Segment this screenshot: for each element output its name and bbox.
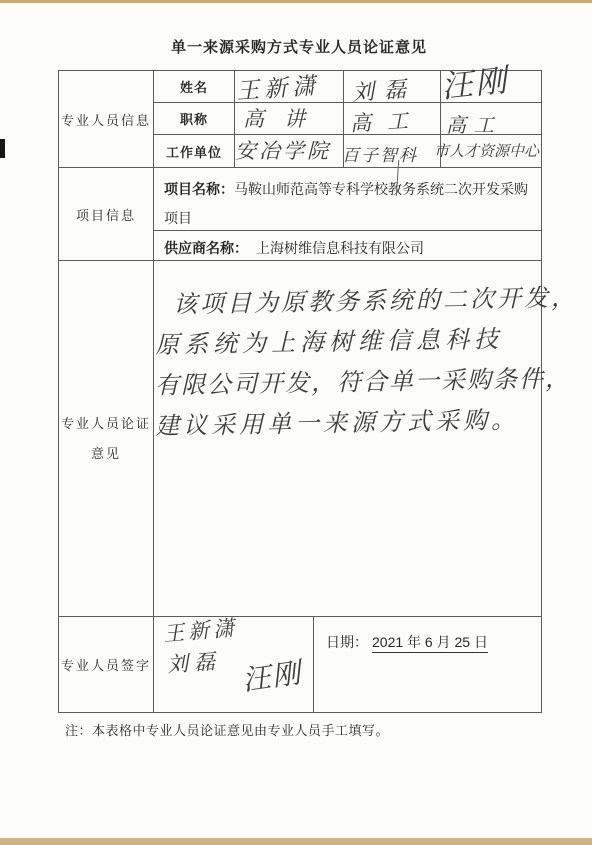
scan-edge-top <box>0 0 592 3</box>
date-line: 日期：2021 年 6 月 25 日 <box>326 632 541 652</box>
supplier-label: 供应商名称： <box>164 240 248 256</box>
handwritten-name-3: 汪刚 <box>439 55 511 107</box>
opinion-label-line1: 专业人员论证 <box>61 409 151 439</box>
footnote: 注：本表格中专业人员论证意见由专业人员手工填写。 <box>65 720 389 739</box>
jobtitle-label: 职称 <box>180 109 208 128</box>
project-name-label: 项目名称： <box>164 181 234 197</box>
supplier-line: 供应商名称：上海树维信息科技有限公司 <box>154 231 541 258</box>
scan-artifact-notch <box>0 139 5 158</box>
project-name-line: 项目名称：马鞍山师范高等专科学校教务系统二次开发采购项目 <box>154 168 541 233</box>
project-info-label: 项目信息 <box>76 205 136 224</box>
cell-workunit-label: 工作单位 <box>154 135 235 168</box>
handwritten-workunit-1: 安冶学院 <box>235 135 331 165</box>
scan-edge-bottom <box>0 838 592 845</box>
handwritten-signature-3: 汪刚 <box>240 651 305 699</box>
signature-label: 专业人员签字 <box>61 655 151 674</box>
cell-opinion-label: 专业人员论证 意见 <box>59 261 154 617</box>
handwritten-jobtitle-3: 高工 <box>446 109 502 138</box>
handwritten-jobtitle-1: 高讲 <box>243 103 325 133</box>
date-value: 2021 年 6 月 25 日 <box>372 634 488 653</box>
name-label: 姓名 <box>180 77 208 96</box>
supplier-value: 上海树维信息科技有限公司 <box>256 240 424 256</box>
handwritten-workunit-2: 百子智科 <box>342 141 418 166</box>
workunit-label: 工作单位 <box>166 142 222 161</box>
personnel-info-label: 专业人员信息 <box>61 110 151 129</box>
cell-project-info-label: 项目信息 <box>59 168 154 261</box>
document-title: 单一来源采购方式专业人员论证意见 <box>58 36 540 57</box>
cell-signature-label: 专业人员签字 <box>59 617 154 712</box>
handwritten-opinion-line-1: 该项目为原教务系统的二次开发， <box>173 277 579 319</box>
handwritten-workunit-3: 市人才资源中心 <box>434 140 539 161</box>
handwritten-signature-2: 刘磊 <box>166 645 222 679</box>
handwritten-jobtitle-2: 高工 <box>349 104 424 138</box>
date-label: 日期： <box>326 634 368 650</box>
cell-project-name: 项目名称：马鞍山师范高等专科学校教务系统二次开发采购项目 <box>154 168 541 231</box>
cell-supplier: 供应商名称：上海树维信息科技有限公司 <box>154 231 541 261</box>
cell-jobtitle-label: 职称 <box>154 103 235 135</box>
handwritten-name-1: 王新潇 <box>235 67 321 106</box>
cell-date: 日期：2021 年 6 月 25 日 <box>314 617 541 712</box>
handwritten-opinion-line-2: 原系统为上海树维信息科技 <box>155 319 504 360</box>
cell-personnel-info-label: 专业人员信息 <box>59 71 154 168</box>
handwritten-opinion-line-4: 建议采用单一来源方式采购。 <box>155 400 520 441</box>
opinion-label-line2: 意见 <box>91 439 121 469</box>
handwritten-opinion-line-3: 有限公司开发，符合单一采购条件， <box>155 358 572 400</box>
scanned-document-page: 单一来源采购方式专业人员论证意见 专业人员信息 姓名 职称 工作单位 项目信息 <box>0 0 592 845</box>
handwritten-name-2: 刘磊 <box>351 72 417 107</box>
cell-name-label: 姓名 <box>154 71 235 103</box>
